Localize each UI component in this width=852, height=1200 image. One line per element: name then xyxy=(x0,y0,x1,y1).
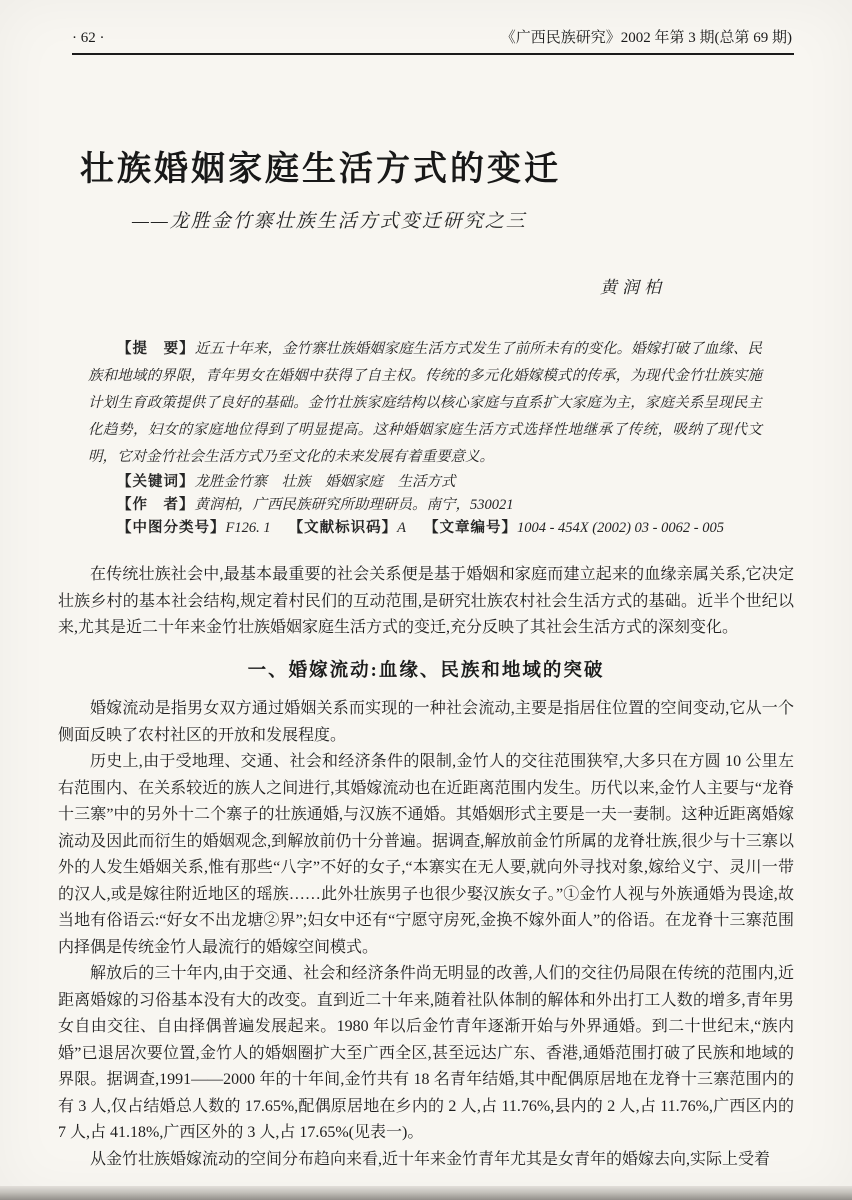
author-name: 黄润柏 xyxy=(600,273,852,298)
scan-edge-shadow xyxy=(0,1186,852,1200)
page-header: · 62 · 《广西民族研究》2002 年第 3 期(总第 69 期) xyxy=(0,0,852,47)
abstract-text: 近五十年来，金竹寨壮族婚姻家庭生活方式发生了前所未有的变化。婚嫁打破了血缘、民族… xyxy=(88,341,762,465)
author-info-line: 【作 者】黄润柏，广西民族研究所助理研员。南宁，530021 xyxy=(88,494,762,517)
keywords-label: 【关键词】 xyxy=(117,474,195,490)
clc-label: 【中图分类号】 xyxy=(117,520,226,536)
scanned-paper-page: · 62 · 《广西民族研究》2002 年第 3 期(总第 69 期) 壮族婚姻… xyxy=(0,0,852,1200)
body-paragraph: 从金竹壮族婚嫁流动的空间分布趋向来看,近十年来金竹青年尤其是女青年的婚嫁去向,实… xyxy=(58,1147,794,1174)
abstract-paragraph: 【提 要】近五十年来，金竹寨壮族婚姻家庭生活方式发生了前所未有的变化。婚嫁打破了… xyxy=(88,336,762,471)
article-title: 壮族婚姻家庭生活方式的变迁 xyxy=(80,141,852,190)
abstract-label: 【提 要】 xyxy=(117,341,195,357)
article-meta-block: 【提 要】近五十年来，金竹寨壮族婚姻家庭生活方式发生了前所未有的变化。婚嫁打破了… xyxy=(88,336,762,540)
keywords-text: 龙胜金竹寨 壮族 婚姻家庭 生活方式 xyxy=(195,474,456,490)
author-info-text: 黄润柏，广西民族研究所助理研员。南宁，530021 xyxy=(195,497,514,513)
body-paragraph: 解放后的三十年内,由于交通、社会和经济条件尚无明显的改善,人们的交往仍局限在传统… xyxy=(58,961,794,1147)
header-rule xyxy=(72,53,794,55)
author-info-label: 【作 者】 xyxy=(117,497,195,513)
body-paragraph: 历史上,由于受地理、交通、社会和经济条件的限制,金竹人的交往范围狭窄,大多只在方… xyxy=(58,749,794,961)
article-body: 在传统壮族社会中,最基本最重要的社会关系便是基于婚姻和家庭而建立起来的血缘亲属关… xyxy=(58,562,794,1173)
classification-line: 【中图分类号】F126. 1【文献标识码】A【文章编号】1004 - 454X … xyxy=(88,517,762,540)
clc-value: F126. 1 xyxy=(226,520,271,536)
intro-paragraph: 在传统壮族社会中,最基本最重要的社会关系便是基于婚姻和家庭而建立起来的血缘亲属关… xyxy=(58,562,794,642)
section-heading: 一、婚嫁流动:血缘、民族和地域的突破 xyxy=(58,658,794,685)
keywords-line: 【关键词】龙胜金竹寨 壮族 婚姻家庭 生活方式 xyxy=(88,471,762,494)
article-id-label: 【文章编号】 xyxy=(424,520,517,536)
article-id-value: 1004 - 454X (2002) 03 - 0062 - 005 xyxy=(517,520,724,536)
journal-issue-info: 《广西民族研究》2002 年第 3 期(总第 69 期) xyxy=(501,26,792,47)
body-paragraph: 婚嫁流动是指男女双方通过婚姻关系而实现的一种社会流动,主要是指居住位置的空间变动… xyxy=(58,696,794,749)
doc-code-value: A xyxy=(397,520,406,536)
article-subtitle: ——龙胜金竹寨壮族生活方式变迁研究之三 xyxy=(132,206,852,233)
doc-code-label: 【文献标识码】 xyxy=(289,520,398,536)
page-number: · 62 · xyxy=(72,30,105,47)
